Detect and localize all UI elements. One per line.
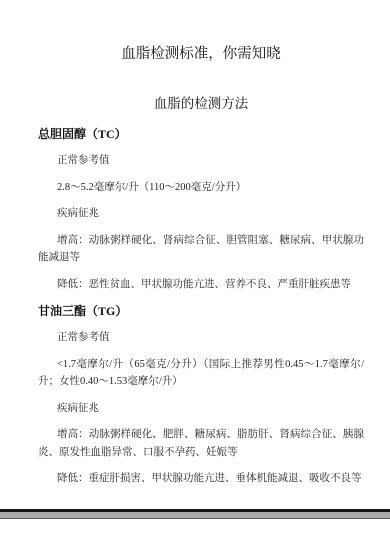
- doc-title: 血脂检测标准，你需知晓: [38, 44, 364, 64]
- tc-normal-ref-label: 正常参考值: [38, 152, 364, 170]
- tg-increase-line-1: 增高：动脉粥样硬化、肥胖、糖尿病、脂肪肝、肾病综合征、胰腺: [38, 426, 364, 444]
- tg-disease-signs-label: 疾病征兆: [38, 400, 364, 418]
- tg-normal-ref-label: 正常参考值: [38, 329, 364, 347]
- section-heading-tc: 总胆固醇（TC）: [38, 126, 364, 143]
- tc-normal-ref-label-para: 正常参考值: [38, 152, 364, 170]
- tc-disease-signs-label: 疾病征兆: [38, 205, 364, 223]
- doc-subtitle: 血脂的检测方法: [38, 94, 364, 114]
- section-heading-tg: 甘油三酯（TG）: [38, 303, 364, 320]
- page-break-shadow: [0, 509, 390, 519]
- tc-disease-signs-label-para: 疾病征兆: [38, 205, 364, 223]
- tg-disease-signs-label-para: 疾病征兆: [38, 400, 364, 418]
- tc-normal-ref-value: 2.8～5.2毫摩尔/升（110～200毫克/分升）: [38, 179, 364, 197]
- tg-normal-ref-value-line-2: 升；女性0.40～1.53毫摩尔/升）: [38, 373, 364, 391]
- tc-increase-para: 增高：动脉粥样硬化、肾病综合征、胆管阻塞、糖尿病、甲状腺功 能减退等: [38, 232, 364, 267]
- tg-increase-line-2: 炎、原发性血脂异常、口服不孕药、妊娠等: [38, 444, 364, 462]
- tg-normal-ref-value-line-1: <1.7毫摩尔/升（65毫克/分升）（国际上推荐男性0.45～1.7毫摩尔/: [38, 356, 364, 374]
- tg-increase-para: 增高：动脉粥样硬化、肥胖、糖尿病、脂肪肝、肾病综合征、胰腺 炎、原发性血脂异常、…: [38, 426, 364, 461]
- document-page: 血脂检测标准，你需知晓 血脂的检测方法 总胆固醇（TC） 正常参考值 2.8～5…: [0, 0, 390, 509]
- tc-decrease-para: 降低：恶性贫血、甲状腺功能亢进、营养不良、严重肝脏疾患等: [38, 276, 364, 294]
- tg-decrease-line: 降低：重症肝损害、甲状腺功能亢进、垂体机能减退、吸收不良等: [38, 470, 364, 488]
- tg-normal-ref-value-para: <1.7毫摩尔/升（65毫克/分升）（国际上推荐男性0.45～1.7毫摩尔/ 升…: [38, 356, 364, 391]
- tc-decrease-line: 降低：恶性贫血、甲状腺功能亢进、营养不良、严重肝脏疾患等: [38, 276, 364, 294]
- area-below-page: [0, 519, 390, 546]
- document-viewport: 血脂检测标准，你需知晓 血脂的检测方法 总胆固醇（TC） 正常参考值 2.8～5…: [0, 0, 390, 546]
- tg-normal-ref-label-para: 正常参考值: [38, 329, 364, 347]
- tc-increase-line-2: 能减退等: [38, 249, 364, 267]
- tc-normal-ref-value-para: 2.8～5.2毫摩尔/升（110～200毫克/分升）: [38, 179, 364, 197]
- tg-decrease-para: 降低：重症肝损害、甲状腺功能亢进、垂体机能减退、吸收不良等: [38, 470, 364, 488]
- tc-increase-line-1: 增高：动脉粥样硬化、肾病综合征、胆管阻塞、糖尿病、甲状腺功: [38, 232, 364, 250]
